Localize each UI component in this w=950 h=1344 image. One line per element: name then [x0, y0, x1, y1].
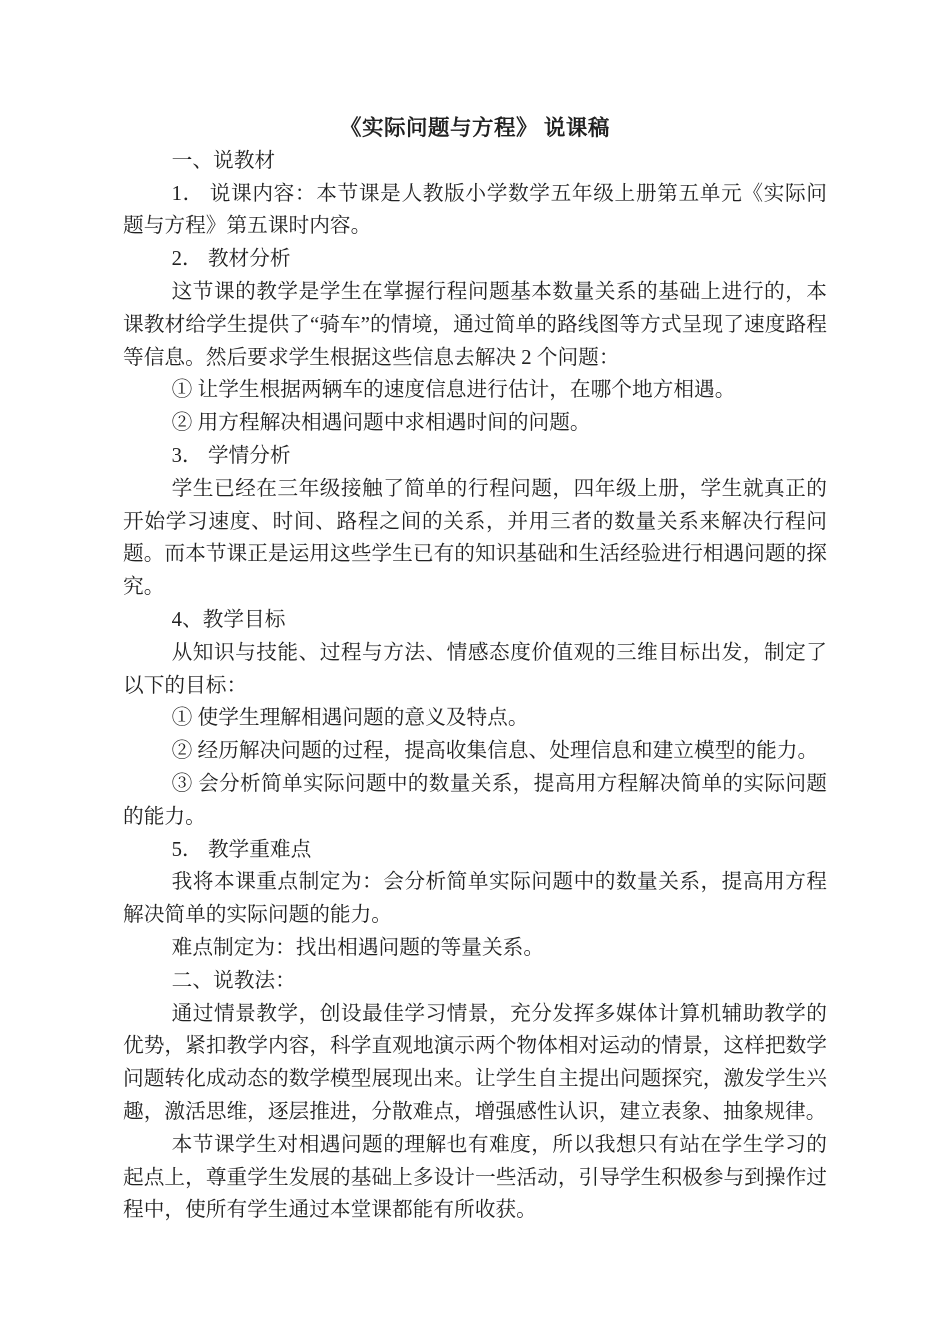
para-jiaofa-xuesheng: 本节课学生对相遇问题的理解也有难度，所以我想只有站在学生学习的起点上，尊重学生发…: [123, 1129, 827, 1227]
section-heading-jiaocai-fenxi: 2． 教材分析: [123, 243, 827, 276]
objective-item-1: ① 使学生理解相遇问题的意义及特点。: [123, 702, 827, 735]
section-heading-shuo-jiaofa: 二、说教法：: [123, 965, 827, 998]
section-heading-zhongnandian: 5． 教学重难点: [123, 834, 827, 867]
document-page: 《实际问题与方程》 说课稿 一、说教材 1． 说课内容：本节课是人教版小学数学五…: [0, 0, 950, 1344]
objective-item-3: ③ 会分析简单实际问题中的数量关系，提高用方程解决简单的实际问题的能力。: [123, 768, 827, 834]
section-heading-xueqing-fenxi: 3． 学情分析: [123, 440, 827, 473]
para-jiaocai-fenxi: 这节课的教学是学生在掌握行程问题基本数量关系的基础上进行的，本课教材给学生提供了…: [123, 276, 827, 374]
objective-item-2: ② 经历解决问题的过程，提高收集信息、处理信息和建立模型的能力。: [123, 735, 827, 768]
para-jiaoxue-mubiao-intro: 从知识与技能、过程与方法、情感态度价值观的三维目标出发，制定了以下的目标：: [123, 637, 827, 703]
section-heading-jiaoxue-mubiao: 4、教学目标: [123, 604, 827, 637]
para-jiaoxue-nandian: 难点制定为：找出相遇问题的等量关系。: [123, 932, 827, 965]
section-heading-shuo-jiaocai: 一、说教材: [123, 145, 827, 178]
para-jiaofa-qingjing: 通过情景教学，创设最佳学习情景，充分发挥多媒体计算机辅助教学的优势，紧扣教学内容…: [123, 998, 827, 1129]
document-title: 《实际问题与方程》 说课稿: [123, 112, 827, 145]
para-shuoke-neirong: 1． 说课内容：本节课是人教版小学数学五年级上册第五单元《实际问题与方程》第五课…: [123, 178, 827, 244]
list-item-question-2: ② 用方程解决相遇问题中求相遇时间的问题。: [123, 407, 827, 440]
list-item-question-1: ① 让学生根据两辆车的速度信息进行估计，在哪个地方相遇。: [123, 374, 827, 407]
para-xueqing-fenxi: 学生已经在三年级接触了简单的行程问题，四年级上册，学生就真正的开始学习速度、时间…: [123, 473, 827, 604]
para-jiaoxue-zhongdian: 我将本课重点制定为：会分析简单实际问题中的数量关系，提高用方程解决简单的实际问题…: [123, 866, 827, 932]
